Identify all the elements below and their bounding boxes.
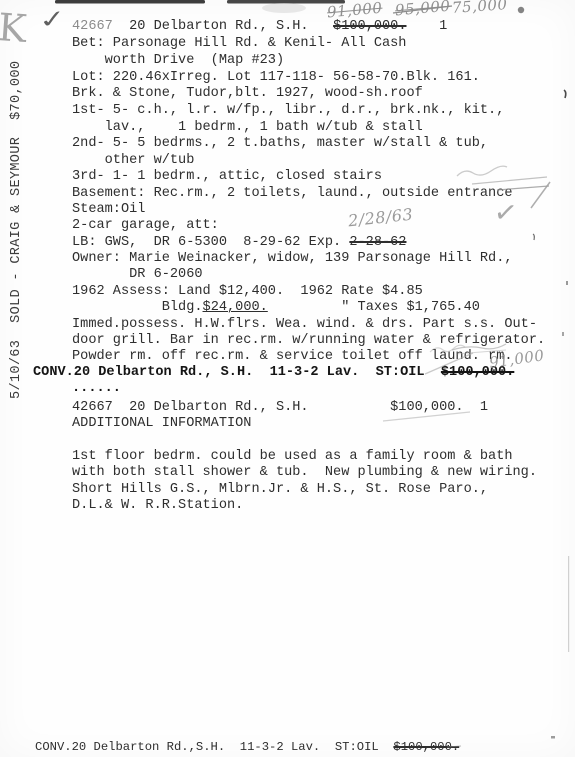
typed-line-2: Bet: Parsonage Hill Rd. & Kenil- All Cas… (72, 36, 406, 52)
ink-speck (566, 281, 568, 285)
typed-line-11: Basement: Rec.rm., 2 toilets, laund., ou… (72, 186, 513, 202)
faint-pencil-scribble (457, 166, 507, 176)
scan-edge-artifact (55, 0, 205, 4)
typed-line-8: 2nd- 5- 5 bedrms., 2 t.baths, master w/s… (72, 136, 488, 152)
typed-line-9: other w/tub (72, 153, 194, 169)
ink-speck (533, 234, 534, 240)
ink-speck (562, 332, 564, 336)
typed-line-12: Steam:Oil (72, 202, 145, 218)
typed-line-1: 42667 20 Delbarton Rd., S.H. $100,000. 1 (72, 19, 447, 35)
typed-line-16: DR 6-2060 (72, 267, 203, 283)
pencil-underline (472, 177, 547, 184)
handwritten-price-note-2: 95,000 (394, 0, 451, 19)
typed-line-4: Lot: 220.46xIrreg. Lot 117-118- 56-58-70… (72, 70, 480, 86)
typed-line-30: CONV.20 Delbarton Rd.,S.H. 11-3-2 Lav. S… (35, 739, 459, 755)
pencil-slash (531, 182, 550, 208)
typed-line-29: D.L.& W. R.R.Station. (72, 498, 243, 514)
ink-speck (551, 736, 555, 739)
typed-line-23: ...... (72, 381, 121, 397)
typed-line-28: Short Hills G.S., Mlbrn.Jr. & H.S., St. … (72, 482, 488, 498)
typed-line-6: 1st- 5- c.h., l.r. w/fp., libr., d.r., b… (72, 103, 504, 119)
ink-blob (518, 7, 524, 13)
typed-line-24: 42667 20 Delbarton Rd., S.H. $100,000. 1 (72, 400, 488, 416)
typed-line-27: with both stall shower & tub. New plumbi… (72, 465, 537, 481)
scan-edge-line (568, 556, 569, 652)
margin-vertical-note: 5/10/63 SOLD - CRAIG & SEYMOUR $70,000 (9, 61, 24, 399)
typed-line-17: 1962 Assess: Land $12,400. 1962 Rate $4.… (72, 284, 423, 300)
typed-line-25: ADDITIONAL INFORMATION (72, 416, 251, 432)
handwritten-exp-date-note: 2/28/63 (347, 205, 414, 231)
typed-line-18: Bldg.$24,000. " Taxes $1,765.40 (72, 300, 480, 316)
ink-speck (564, 90, 566, 98)
typed-line-3: worth Drive (Map #23) (72, 53, 284, 69)
typed-line-13: 2-car garage, att: (72, 218, 219, 234)
typed-line-22: CONV.20 Delbarton Rd., S.H. 11-3-2 Lav. … (33, 365, 514, 381)
typed-line-26: 1st floor bedrm. could be used as a fami… (72, 449, 513, 465)
typed-line-14: LB: GWS, DR 6-5300 8-29-62 Exp. 2-28-62 (72, 235, 406, 251)
checkmark-icon: ✓ (37, 5, 69, 35)
typed-line-15: Owner: Marie Weinacker, widow, 139 Parso… (72, 251, 513, 267)
typed-line-7: lav., 1 bedrm., 1 bath w/tub & stall (72, 120, 423, 136)
typed-line-10: 3rd- 1- 1 bedrm., attic, closed stairs (72, 169, 382, 185)
typed-line-5: Brk. & Stone, Tudor,blt. 1927, wood-sh.r… (72, 86, 423, 102)
typed-line-21: Powder rm. off rec.rm. & service toilet … (72, 349, 513, 365)
typed-line-19: Immed.possess. H.W.flrs. Wea. wind. & dr… (72, 317, 537, 333)
checkmark-icon: ✓ (492, 194, 520, 230)
scanned-listing-page: 42667 20 Delbarton Rd., S.H. $100,000. 1… (0, 0, 575, 757)
typed-line-20: door grill. Bar in rec.rm. w/running wat… (72, 333, 545, 349)
eraser-smudge (262, 3, 306, 13)
handwritten-price-note-3: 75,000 (451, 0, 508, 17)
margin-k-mark: K (0, 5, 28, 51)
